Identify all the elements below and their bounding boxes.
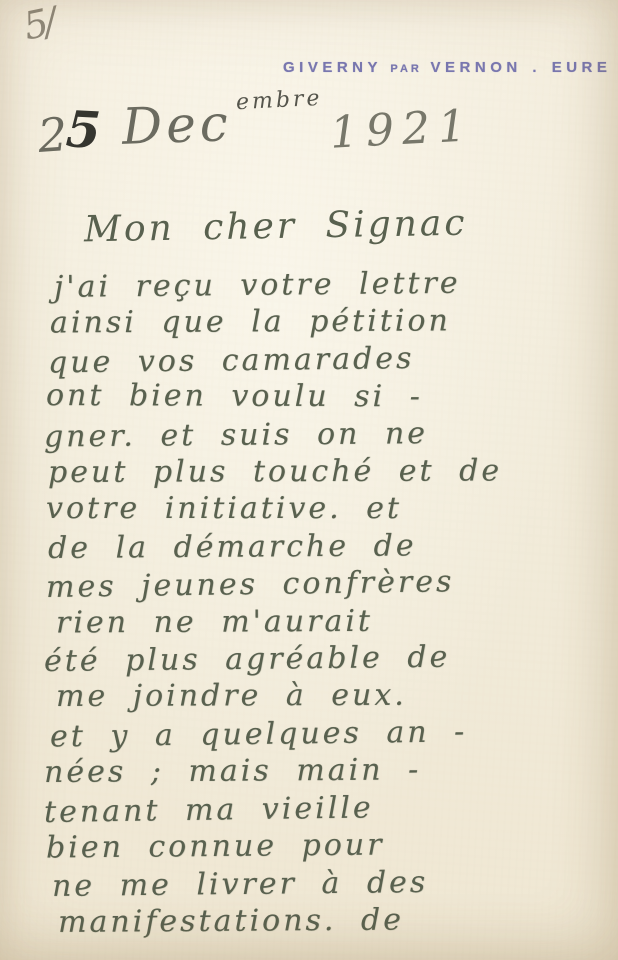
handwritten-line: peut plus touché et de (48, 452, 612, 491)
date-month-abbreviation-superscript: embre (235, 86, 323, 115)
handwritten-line: me joindre à eux. (56, 676, 612, 715)
letter-page: 5/ GIVERNY PAR VERNON . EURE : 2 5 Dec e… (0, 0, 618, 960)
handwritten-line: nées ; mais main - (44, 750, 612, 791)
handwritten-line: ont bien voulu si - (46, 377, 612, 416)
date-month: Dec (121, 94, 233, 156)
letter-body: j'ai reçu votre lettre ainsi que la péti… (42, 266, 612, 939)
date-day-units-corrected: 5 (64, 99, 102, 160)
salutation: Mon cher Signac (84, 203, 468, 251)
handwritten-line: bien connue pour (46, 825, 612, 867)
handwritten-line: votre initiative. et (46, 490, 612, 527)
handwritten-line: de la démarche de (48, 526, 612, 567)
handwritten-line: gner. et suis on ne (44, 413, 612, 455)
date-line: 2 5 Dec embre 1921 (0, 0, 618, 180)
date-year: 1921 (329, 100, 475, 158)
handwritten-line: que vos camarades (48, 337, 612, 381)
handwritten-line: ne me livrer à des (52, 862, 612, 905)
handwritten-line: j'ai reçu votre lettre (54, 263, 612, 306)
handwritten-line: manifestations. de (58, 900, 612, 941)
handwritten-line: rien ne m'aurait (56, 601, 612, 641)
handwritten-line: tenant ma vieille (44, 786, 612, 831)
handwritten-line: mes jeunes confrères (46, 561, 612, 606)
handwritten-line: et y a quelques an - (50, 711, 612, 755)
handwritten-line: été plus agréable de (44, 637, 612, 680)
handwritten-line: ainsi que la pétition (50, 302, 612, 342)
